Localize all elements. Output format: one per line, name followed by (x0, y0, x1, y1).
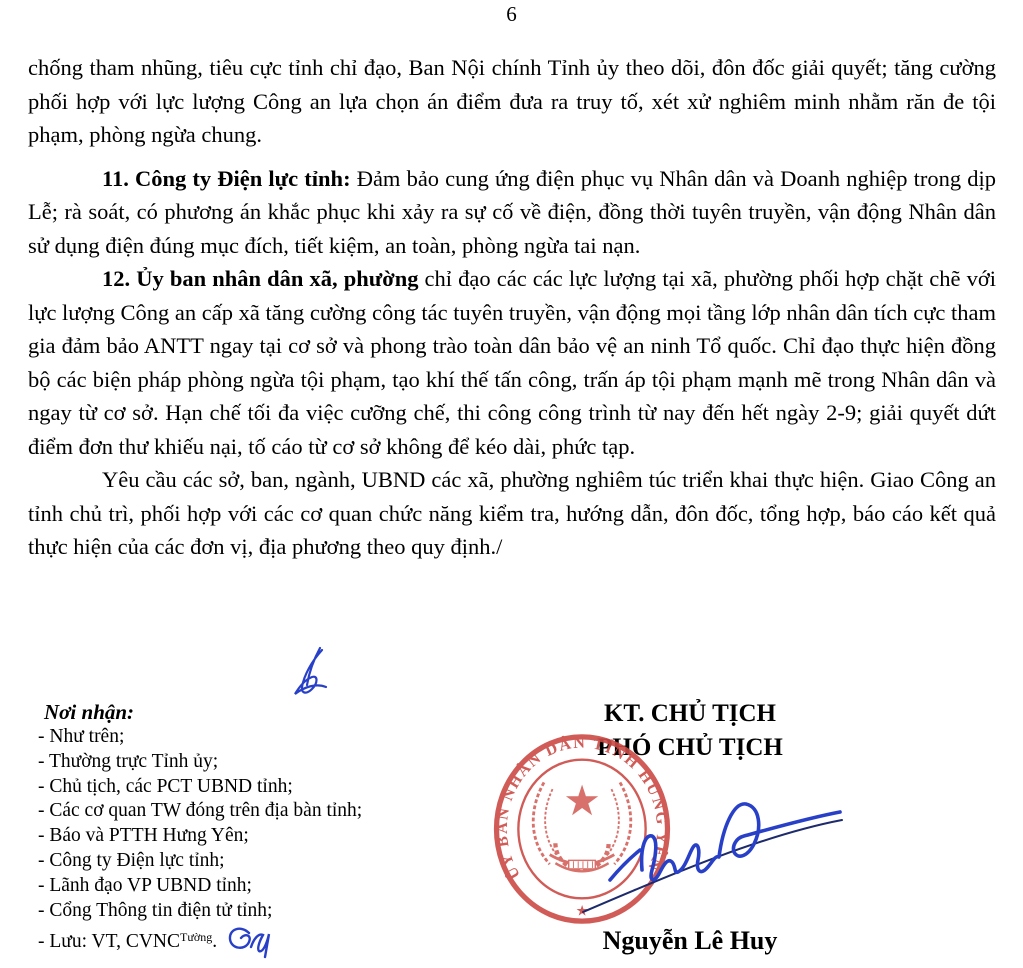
paragraph-12: 12. Ủy ban nhân dân xã, phường chỉ đạo c… (28, 262, 996, 463)
paragraph-11: 11. Công ty Điện lực tỉnh: Đảm bảo cung … (28, 162, 996, 263)
page-number: 6 (0, 2, 1023, 27)
recipient-item: - Lãnh đạo VP UBND tỉnh; (38, 874, 458, 899)
recipient-item: - Báo và PTTH Hưng Yên; (38, 824, 458, 849)
paragraph-text: Yêu cầu các sở, ban, ngành, UBND các xã,… (28, 467, 996, 559)
recipient-item: - Chủ tịch, các PCT UBND tỉnh; (38, 775, 458, 800)
recipient-item: - Cổng Thông tin điện tử tỉnh; (38, 899, 458, 924)
document-page: 6 chống tham nhũng, tiêu cực tỉnh chỉ đạ… (0, 0, 1023, 968)
signature-scrawl-icon (568, 778, 848, 923)
recipient-item: - Như trên; (38, 725, 458, 750)
recipient-item: - Thường trực Tỉnh ủy; (38, 750, 458, 775)
recipients-title: Nơi nhận: (44, 699, 458, 725)
signoff-paraph-icon (290, 645, 338, 699)
paragraph-heading: 11. Công ty Điện lực tỉnh: (102, 166, 351, 191)
body-text: chống tham nhũng, tiêu cực tỉnh chỉ đạo,… (28, 51, 996, 564)
paragraph-closing: Yêu cầu các sở, ban, ngành, UBND các xã,… (28, 463, 996, 564)
recipient-item: - Các cơ quan TW đóng trên địa bàn tỉnh; (38, 799, 458, 824)
archive-label: - Lưu: VT, CVNC (38, 931, 180, 952)
clerk-initial-superscript: Tường (180, 930, 212, 944)
recipients-block: Nơi nhận: - Như trên; - Thường trực Tỉnh… (38, 699, 458, 961)
signer-name: Nguyễn Lê Huy (530, 926, 850, 956)
recipient-item: - Công ty Điện lực tỉnh; (38, 849, 458, 874)
paragraph-text: chỉ đạo các các lực lượng tại xã, phường… (28, 266, 996, 459)
paragraph-continuation: chống tham nhũng, tiêu cực tỉnh chỉ đạo,… (28, 51, 996, 152)
clerk-paraph-icon (221, 923, 271, 961)
paragraph-text: chống tham nhũng, tiêu cực tỉnh chỉ đạo,… (28, 55, 996, 147)
paragraph-heading: 12. Ủy ban nhân dân xã, phường (102, 266, 418, 291)
signer-position-line1: KT. CHỦ TỊCH (530, 697, 850, 731)
archive-label-period: . (212, 931, 217, 952)
recipient-item-archive: - Lưu: VT, CVNCTường. (38, 923, 458, 961)
